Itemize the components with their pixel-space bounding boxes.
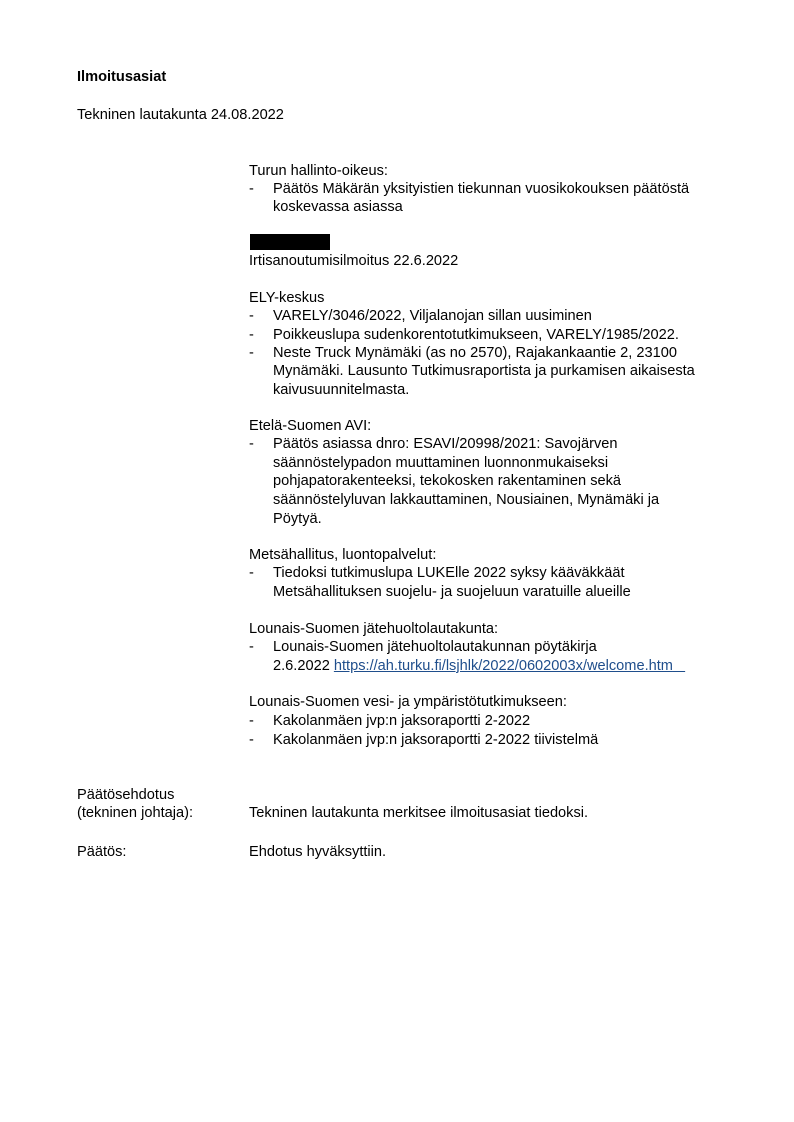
bullet-dash: - xyxy=(249,731,254,749)
list-item-line: VARELY/3046/2022, Viljalanojan sillan uu… xyxy=(273,307,592,325)
minutes-link[interactable]: https://ah.turku.fi/lsjhlk/2022/0602003x… xyxy=(334,658,673,674)
document-title: Ilmoitusasiat xyxy=(77,68,166,86)
decision-label: Päätös: xyxy=(77,843,127,861)
list-item-line: Lounais-Suomen jätehuoltolautakunnan pöy… xyxy=(273,638,597,656)
section-heading: Lounais-Suomen jätehuoltolautakunta: xyxy=(249,620,498,638)
section-heading: Turun hallinto-oikeus: xyxy=(249,162,388,180)
list-item-line: Tiedoksi tutkimuslupa LUKElle 2022 syksy… xyxy=(273,564,625,582)
list-item-line: Neste Truck Mynämäki (as no 2570), Rajak… xyxy=(273,344,677,362)
link-prefix: 2.6.2022 xyxy=(273,658,334,674)
list-item-line: Päätös Mäkärän yksityistien tiekunnan vu… xyxy=(273,180,689,198)
proposal-label-role: (tekninen johtaja): xyxy=(77,804,193,822)
list-item-line: säännöstelyluvan lakkauttaminen, Nousiai… xyxy=(273,491,659,509)
list-item-line: Kakolanmäen jvp:n jaksoraportti 2-2022 t… xyxy=(273,731,598,749)
list-item-line: kaivusuunnitelmasta. xyxy=(273,381,409,399)
section-heading: ELY-keskus xyxy=(249,289,324,307)
section-heading: Lounais-Suomen vesi- ja ympäristötutkimu… xyxy=(249,693,567,711)
document-subtitle: Tekninen lautakunta 24.08.2022 xyxy=(77,106,284,124)
section-heading: Metsähallitus, luontopalvelut: xyxy=(249,546,436,564)
redacted-block xyxy=(250,234,330,250)
list-item-line: säännöstelypadon muuttaminen luonnonmuka… xyxy=(273,454,608,472)
list-item-line: koskevassa asiassa xyxy=(273,198,403,216)
bullet-dash: - xyxy=(249,712,254,730)
bullet-dash: - xyxy=(249,180,254,198)
bullet-dash: - xyxy=(249,344,254,362)
bullet-dash: - xyxy=(249,564,254,582)
proposal-text: Tekninen lautakunta merkitsee ilmoitusas… xyxy=(249,804,588,822)
bullet-dash: - xyxy=(249,307,254,325)
list-item-line: Mynämäki. Lausunto Tutkimusraportista ja… xyxy=(273,362,695,380)
link-trailing-underline xyxy=(673,658,685,674)
list-item-line: Pöytyä. xyxy=(273,510,322,528)
list-item-line: Metsähallituksen suojelu- ja suojeluun v… xyxy=(273,583,631,601)
list-item-line: pohjapatorakenteeksi, tekokosken rakenta… xyxy=(273,472,621,490)
bullet-dash: - xyxy=(249,435,254,453)
decision-text: Ehdotus hyväksyttiin. xyxy=(249,843,386,861)
list-item-line: Päätös asiassa dnro: ESAVI/20998/2021: S… xyxy=(273,435,618,453)
list-item-line: Kakolanmäen jvp:n jaksoraportti 2-2022 xyxy=(273,712,530,730)
section-heading: Irtisanoutumisilmoitus 22.6.2022 xyxy=(249,252,458,270)
list-item-line: 2.6.2022 https://ah.turku.fi/lsjhlk/2022… xyxy=(273,657,685,675)
proposal-label: Päätösehdotus xyxy=(77,786,174,804)
bullet-dash: - xyxy=(249,326,254,344)
section-heading: Etelä-Suomen AVI: xyxy=(249,417,371,435)
list-item-line: Poikkeuslupa sudenkorentotutkimukseen, V… xyxy=(273,326,679,344)
bullet-dash: - xyxy=(249,638,254,656)
